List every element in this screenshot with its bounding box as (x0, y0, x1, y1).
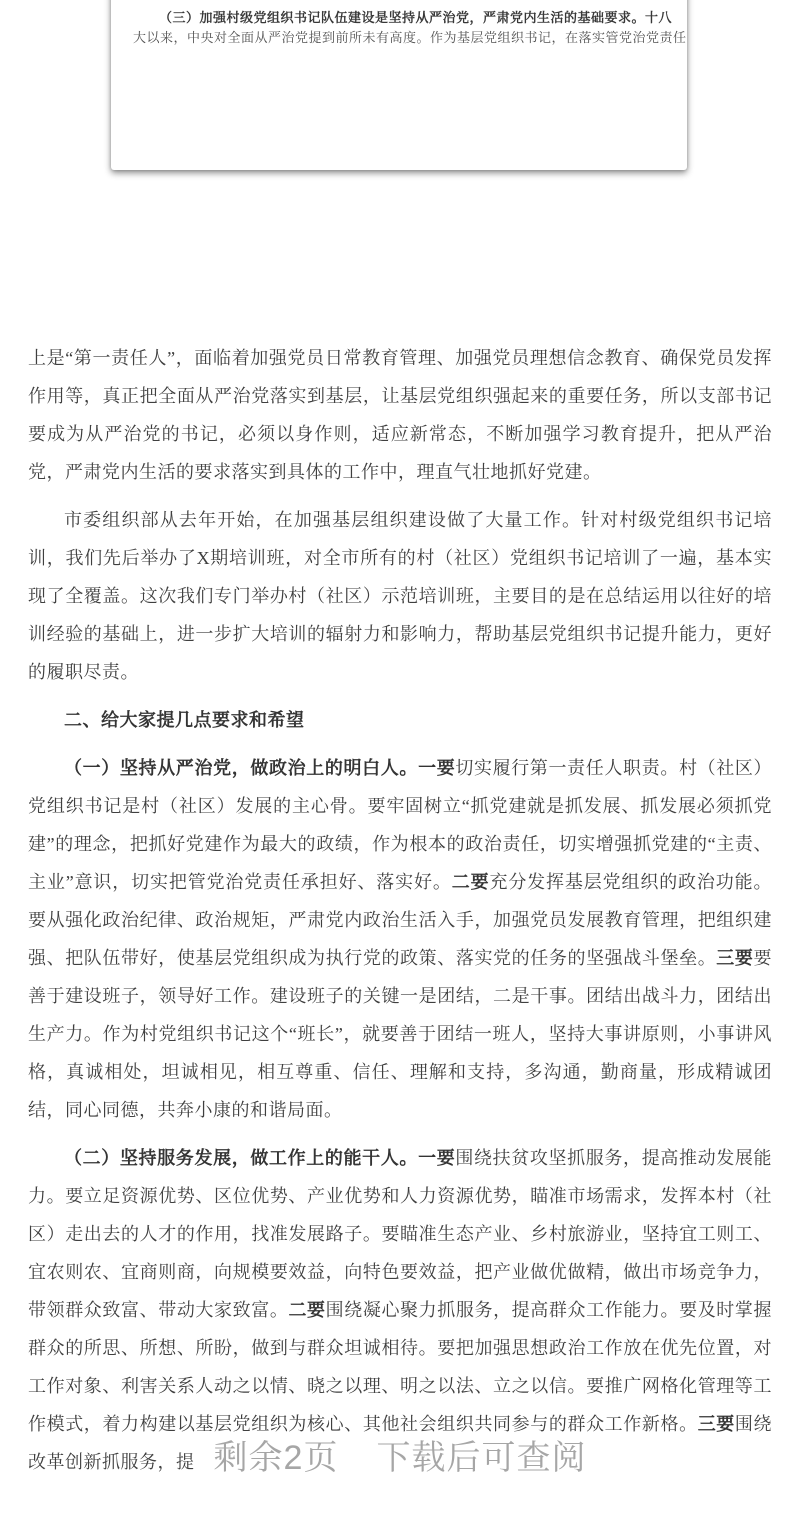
paragraph: 市委组织部从去年开始，在加强基层组织建设做了大量工作。针对村级党组织书记培训，我… (28, 501, 772, 691)
page: （三）加强村级党组织书记队伍建设是坚持从严治党，严肃党内生活的基础要求。十八大以… (0, 0, 800, 1536)
bold-text-run: 三要 (716, 948, 753, 968)
document-body: 上是“第一责任人”，面临着加强党员日常教育管理、加强党员理想信念教育、确保党员发… (28, 339, 772, 1491)
preview-card-line: 大以来，中央对全面从严治党提到前所未有高度。作为基层党组织书记，在落实管党治党责… (133, 28, 665, 48)
previous-page-preview-card: （三）加强村级党组织书记队伍建设是坚持从严治党，严肃党内生活的基础要求。十八大以… (111, 0, 687, 170)
text-run: 要善于建设班子，领导好工作。建设班子的关键一是团结，二是干事。团结出战斗力，团结… (28, 948, 772, 1120)
text-run: 围绕凝心聚力抓服务，提高群众工作能力。要及时掌握群众的所思、所想、所盼，做到与群… (28, 1300, 772, 1434)
text-run: 上是“第一责任人”，面临着加强党员日常教育管理、加强党员理想信念教育、确保党员发… (28, 348, 772, 482)
bold-text-run: 二要 (288, 1300, 325, 1320)
bold-text-run: 二要 (452, 872, 490, 892)
download-hint-label: 下载后可查阅 (376, 1439, 586, 1477)
remaining-pages-label: 剩余2页 (214, 1439, 339, 1477)
paragraph: （一）坚持从严治党，做政治上的明白人。一要切实履行第一责任人职责。村（社区）党组… (28, 749, 772, 1129)
bold-text-run: 二、给大家提几点要求和希望 (64, 710, 305, 730)
paragraph: 二、给大家提几点要求和希望 (28, 701, 772, 739)
preview-card-line: （三）加强村级党组织书记队伍建设是坚持从严治党，严肃党内生活的基础要求。十八 (133, 8, 665, 28)
text-run: 围绕扶贫攻坚抓服务，提高推动发展能力。要立足资源优势、区位优势、产业优势和人力资… (28, 1148, 772, 1320)
text-run: 市委组织部从去年开始，在加强基层组织建设做了大量工作。针对村级党组织书记培训，我… (28, 510, 772, 682)
paragraph: 上是“第一责任人”，面临着加强党员日常教育管理、加强党员理想信念教育、确保党员发… (28, 339, 772, 491)
preview-footer: 剩余2页下载后可查阅 (0, 1430, 800, 1479)
bold-text-run: （一）坚持从严治党，做政治上的明白人。一要 (64, 758, 455, 778)
preview-card-text: （三）加强村级党组织书记队伍建设是坚持从严治党，严肃党内生活的基础要求。十八大以… (133, 8, 665, 48)
bold-text-run: （二）坚持服务发展，做工作上的能干人。一要 (64, 1148, 455, 1168)
